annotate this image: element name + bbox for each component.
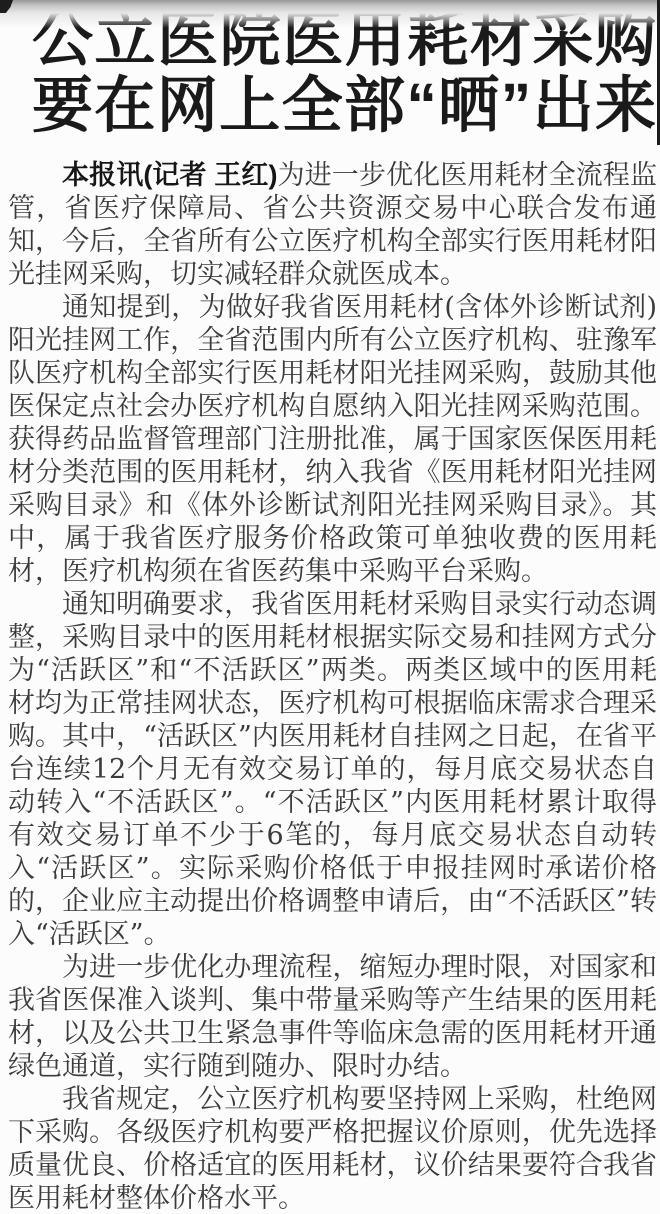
paragraph-5: 我省规定，公立医疗机构要坚持网上采购，杜绝网下采购。各级医疗机构要严格把握议价原… (8, 1083, 657, 1214)
headline-line-1: 公立医院医用耗材采购 (32, 6, 656, 72)
article-headline: 公立医院医用耗材采购 要在网上全部“晒”出来 (0, 0, 660, 138)
newspaper-page: 公立医院医用耗材采购 要在网上全部“晒”出来 本报讯(记者 王红)为进一步优化医… (0, 0, 660, 1214)
article-body: 本报讯(记者 王红)为进一步优化医用耗材全流程监管，省医疗保障局、省公共资源交易… (0, 159, 660, 1214)
paragraph-3: 通知明确要求，我省医用耗材采购目录实行动态调整，采购目录中的医用耗材根据实际交易… (8, 588, 657, 951)
paragraph-4: 为进一步优化办理流程，缩短办理时限，对国家和我省医保准入谈判、集中带量采购等产生… (8, 951, 657, 1083)
paragraph-2: 通知提到，为做好我省医用耗材(含体外诊断试剂)阳光挂网工作，全省范围内所有公立医… (8, 291, 657, 588)
headline-line-2: 要在网上全部“晒”出来 (32, 72, 656, 138)
paragraph-1: 本报讯(记者 王红)为进一步优化医用耗材全流程监管，省医疗保障局、省公共资源交易… (8, 159, 657, 291)
dateline-byline: 本报讯(记者 王红) (62, 160, 277, 190)
